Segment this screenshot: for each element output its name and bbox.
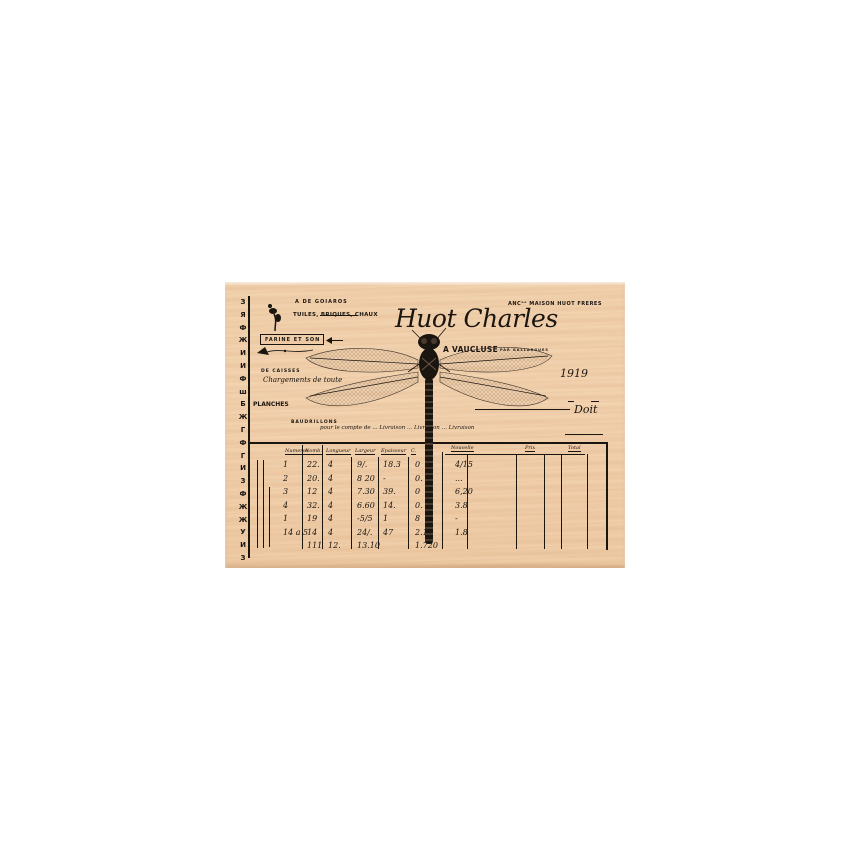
small-line-planches: PLANCHES <box>253 401 289 408</box>
table-right-rule <box>606 442 608 550</box>
table-cell: 1 <box>283 460 288 469</box>
col-divider-11 <box>587 454 588 549</box>
dragonfly-illustration <box>300 332 560 552</box>
border-glyph: З <box>238 296 248 309</box>
border-glyph: Ф <box>238 322 248 335</box>
ledger-line-tail <box>565 434 603 435</box>
small-line-caisses: DE CAISSES <box>261 369 300 374</box>
border-glyph: З <box>238 475 248 488</box>
border-glyph: И <box>238 539 248 552</box>
border-glyph: Ф <box>238 437 248 450</box>
border-glyph: Ф <box>238 488 248 501</box>
flower-sprig-icon <box>265 302 287 332</box>
left-border-rule <box>248 296 250 558</box>
border-glyph: Ф <box>238 373 248 386</box>
brace-mark-3 <box>269 487 270 547</box>
col-divider-10 <box>561 454 562 549</box>
left-border-glyphs: ЗЯФЖИИФшБЖГФГИЗФЖЖУИЗ <box>238 296 248 565</box>
border-glyph: И <box>238 462 248 475</box>
wooden-rubber-stamp: ЗЯФЖИИФшБЖГФГИЗФЖЖУИЗ A DE GOIAROS TUILE… <box>225 282 625 568</box>
border-glyph: Ж <box>238 514 248 527</box>
column-header: Total <box>568 445 581 452</box>
dash-right-1 <box>568 401 574 402</box>
brace-mark-1 <box>257 460 258 548</box>
border-glyph: Г <box>238 424 248 437</box>
border-glyph: И <box>238 360 248 373</box>
border-glyph: З <box>238 552 248 565</box>
doit-label: Doit <box>574 403 597 416</box>
table-cell: 1 <box>283 514 288 523</box>
border-glyph: Г <box>238 450 248 463</box>
border-glyph: И <box>238 347 248 360</box>
table-cell: 3 <box>283 487 288 496</box>
border-glyph: У <box>238 526 248 539</box>
table-cell: 4 <box>283 501 288 510</box>
border-glyph: Ж <box>238 501 248 514</box>
top-left-line1: A DE GOIAROS <box>295 299 348 305</box>
border-glyph: Ж <box>238 411 248 424</box>
top-left-line2: TUILES, BRIQUES, CHAUX <box>293 312 378 318</box>
border-glyph: Я <box>238 309 248 322</box>
border-glyph: ш <box>238 386 248 399</box>
border-glyph: Б <box>238 398 248 411</box>
company-name-script: Huot Charles <box>395 304 558 333</box>
top-right-maison: ANCᵉᵉ MAISON HUOT FRERES <box>508 301 602 307</box>
border-glyph: Ж <box>238 334 248 347</box>
dash-right-2 <box>591 401 599 402</box>
brace-mark-2 <box>263 460 264 548</box>
year-handwritten: 1919 <box>560 367 588 380</box>
table-cell: 2 <box>283 474 288 483</box>
